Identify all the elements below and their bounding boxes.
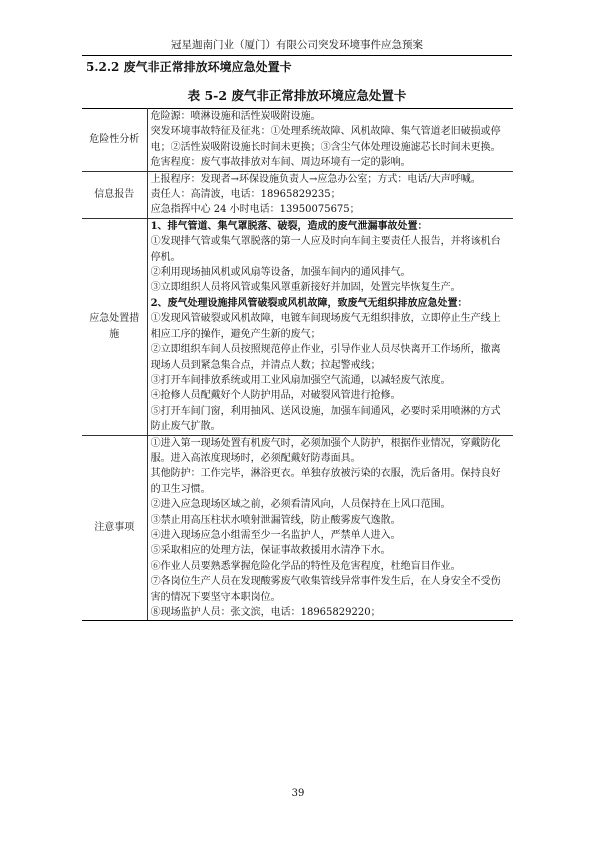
text-line: ⑥作业人员要熟悉掌握危险化学品的特性及危害程度，杜绝盲目作业。 — [151, 559, 510, 574]
table-row-info-report: 信息报告 上报程序：发现者→环保设施负责人→应急办公室；方式：电话/大声呼喊。 … — [82, 171, 513, 218]
section-title: 5.2.2 废气非正常排放环境应急处置卡 — [86, 58, 292, 75]
text-line: ①进入第一现场处置有机废气时，必须加强个人防护，根据作业情况，穿戴防化服。进入高… — [151, 436, 510, 467]
text-line: ①发现排气管或集气罩脱落的第一人应及时向车间主要责任人报告，并将该机台停机。 — [151, 234, 510, 265]
text-line: ②进入应急现场区域之前，必须看清风向，人员保持在上风口范围。 — [151, 497, 510, 512]
text-line: ①发现风管破裂或风机故障，电镀车间现场废气无组织排放，立即停止生产线上相应工序的… — [151, 311, 510, 342]
text-line: ③禁止用高压柱状水喷射泄漏管线，防止酸雾废气逸散。 — [151, 513, 510, 528]
text-line: 责任人：高清波，电话：18965829235； — [151, 187, 510, 202]
text-line: ③打开车间排放系统或用工业风扇加强空气流通，以减轻废气浓度。 — [151, 373, 510, 388]
row-label: 应急处置措施 — [82, 218, 147, 435]
table-title: 表 5-2 废气非正常排放环境应急处置卡 — [82, 86, 512, 104]
row-content: 上报程序：发现者→环保设施负责人→应急办公室；方式：电话/大声呼喊。 责任人：高… — [147, 171, 513, 218]
text-line: ②利用现场抽风机或风扇等设备，加强车间内的通风排气。 — [151, 265, 510, 280]
text-line: ⑤采取相应的处理方法，保证事故救援用水清净下水。 — [151, 543, 510, 558]
page-header: 冠星迦南门业（厦门）有限公司突发环境事件应急预案 — [82, 37, 512, 56]
text-line: 上报程序：发现者→环保设施负责人→应急办公室；方式：电话/大声呼喊。 — [151, 172, 510, 187]
text-line: 其他防护：工作完毕，淋浴更衣。单独存放被污染的衣服，洗后备用。保持良好的卫生习惯… — [151, 466, 510, 497]
row-content: 1、排气管道、集气罩脱落、破裂，造成的废气泄漏事故处置： ①发现排气管或集气罩脱… — [147, 218, 513, 435]
subheading: 1、排气管道、集气罩脱落、破裂，造成的废气泄漏事故处置： — [151, 219, 510, 234]
row-label: 注意事项 — [82, 435, 147, 621]
row-label: 信息报告 — [82, 171, 147, 218]
text-line: 应急指挥中心 24 小时电话：13950075675； — [151, 202, 510, 217]
text-line: ⑤打开车间门窗，利用抽风、送风设施，加强车间通风，必要时采用喷淋的方式防止废气扩… — [151, 404, 510, 435]
subheading: 2、废气处理设施排风管破裂或风机故障，致废气无组织排放应急处置： — [151, 296, 510, 311]
row-content: ①进入第一现场处置有机废气时，必须加强个人防护，根据作业情况，穿戴防化服。进入高… — [147, 435, 513, 621]
row-label: 危险性分析 — [82, 109, 147, 172]
text-line: ②立即组织车间人员按照规范停止作业，引导作业人员尽快离开工作场所，撤离现场人员到… — [151, 342, 510, 373]
table-row-risk-analysis: 危险性分析 危险源：喷淋设施和活性炭吸附设施。 突发环境事故特征及征兆：①处理系… — [82, 109, 513, 172]
text-line: ④抢修人员配戴好个人防护用品，对破裂风管进行抢修。 — [151, 388, 510, 403]
text-line: 危险源：喷淋设施和活性炭吸附设施。 — [151, 109, 510, 124]
page-number: 39 — [0, 788, 596, 799]
text-line: ⑦各岗位生产人员在发现酸雾废气收集管线异常事件发生后，在人身安全不受伤害的情况下… — [151, 574, 510, 605]
table-row-precautions: 注意事项 ①进入第一现场处置有机废气时，必须加强个人防护，根据作业情况，穿戴防化… — [82, 435, 513, 621]
text-line: ④进入现场应急小组需至少一名监护人，严禁单人进入。 — [151, 528, 510, 543]
row-content: 危险源：喷淋设施和活性炭吸附设施。 突发环境事故特征及征兆：①处理系统故障、风机… — [147, 109, 513, 172]
emergency-card-table: 危险性分析 危险源：喷淋设施和活性炭吸附设施。 突发环境事故特征及征兆：①处理系… — [82, 108, 513, 621]
text-line: 突发环境事故特征及征兆：①处理系统故障、风机故障、集气管道老旧破损或停电；②活性… — [151, 124, 510, 155]
table-row-emergency-measures: 应急处置措施 1、排气管道、集气罩脱落、破裂，造成的废气泄漏事故处置： ①发现排… — [82, 218, 513, 435]
text-line: 危害程度：废气事故排放对车间、周边环境有一定的影响。 — [151, 155, 510, 170]
text-line: ⑧现场监护人员：张文滨，电话：18965829220； — [151, 605, 510, 620]
text-line: ③立即组织人员将风管或集风罩重新接好并加固，处置完毕恢复生产。 — [151, 280, 510, 295]
